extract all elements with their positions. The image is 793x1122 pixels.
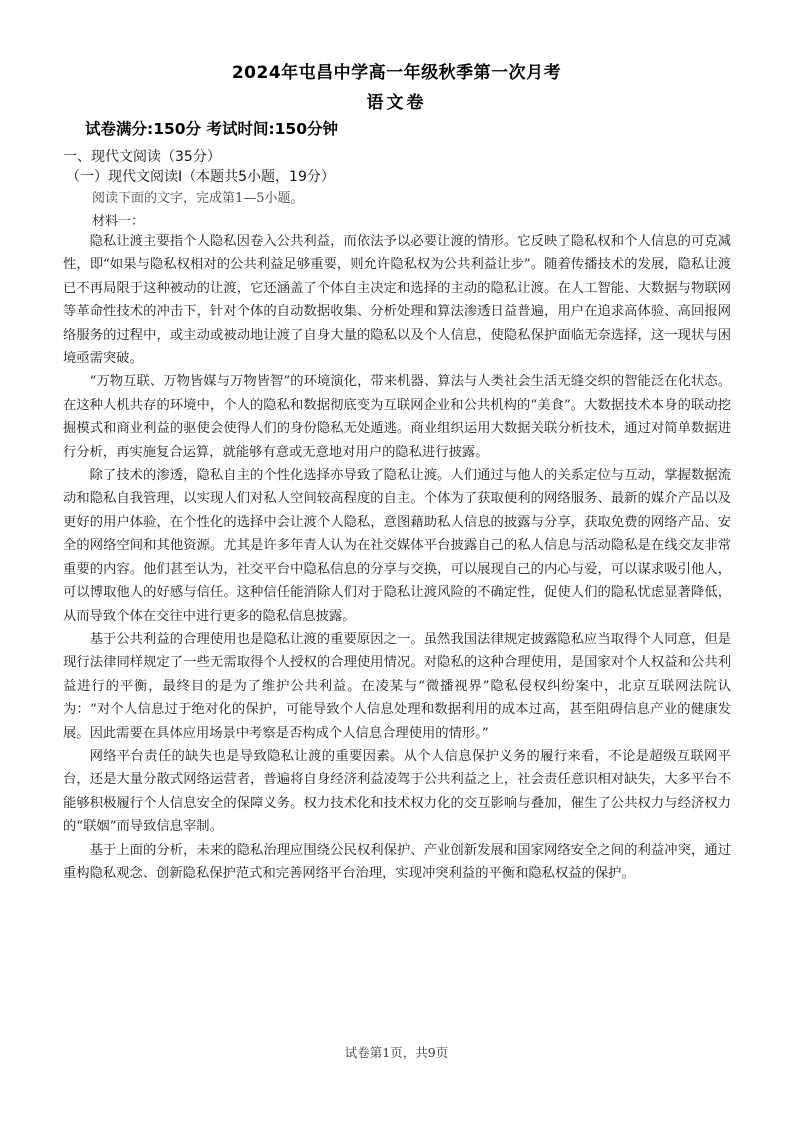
section-subheading: （一）现代文阅读Ⅰ（本题共5小题，19分） bbox=[66, 166, 335, 186]
material-body: 隐私让渡主要指个人隐私因卷入公共利益，而依法予以必要让渡的情形。它反映了隐私权和… bbox=[63, 230, 731, 885]
material-label: 材料一： bbox=[92, 210, 144, 229]
paragraph: 基于上面的分析，未来的隐私治理应围绕公民权利保护、产业创新发展和国家网络安全之间… bbox=[63, 839, 731, 886]
section-heading: 一、现代文阅读（35分） bbox=[63, 146, 221, 166]
reading-instruction: 阅读下面的文字，完成第1—5小题。 bbox=[92, 187, 304, 206]
page-footer: 试卷第1页，共9页 bbox=[0, 1043, 793, 1061]
paragraph: 基于公共利益的合理使用也是隐私让渡的重要原因之一。虽然我国法律规定披露隐私应当取… bbox=[63, 628, 731, 745]
exam-page: 2024年屯昌中学高一年级秋季第一次月考 语文卷 试卷满分:150分 考试时间:… bbox=[0, 0, 793, 1122]
paragraph: 网络平台责任的缺失也是导致隐私让渡的重要因素。从个人信息保护义务的履行来看，不论… bbox=[63, 745, 731, 839]
paragraph: 除了技术的渗透，隐私自主的个性化选择亦导致了隐私让渡。人们通过与他人的关系定位与… bbox=[63, 464, 731, 628]
paragraph: “万物互联、万物皆媒与万物皆智”的环境演化，带来机器、算法与人类社会生活无缝交织… bbox=[63, 370, 731, 464]
paragraph: 隐私让渡主要指个人隐私因卷入公共利益，而依法予以必要让渡的情形。它反映了隐私权和… bbox=[63, 230, 731, 370]
exam-subtitle: 语文卷 bbox=[0, 88, 793, 113]
exam-title: 2024年屯昌中学高一年级秋季第一次月考 bbox=[0, 58, 793, 83]
exam-meta: 试卷满分:150分 考试时间:150分钟 bbox=[85, 117, 338, 139]
